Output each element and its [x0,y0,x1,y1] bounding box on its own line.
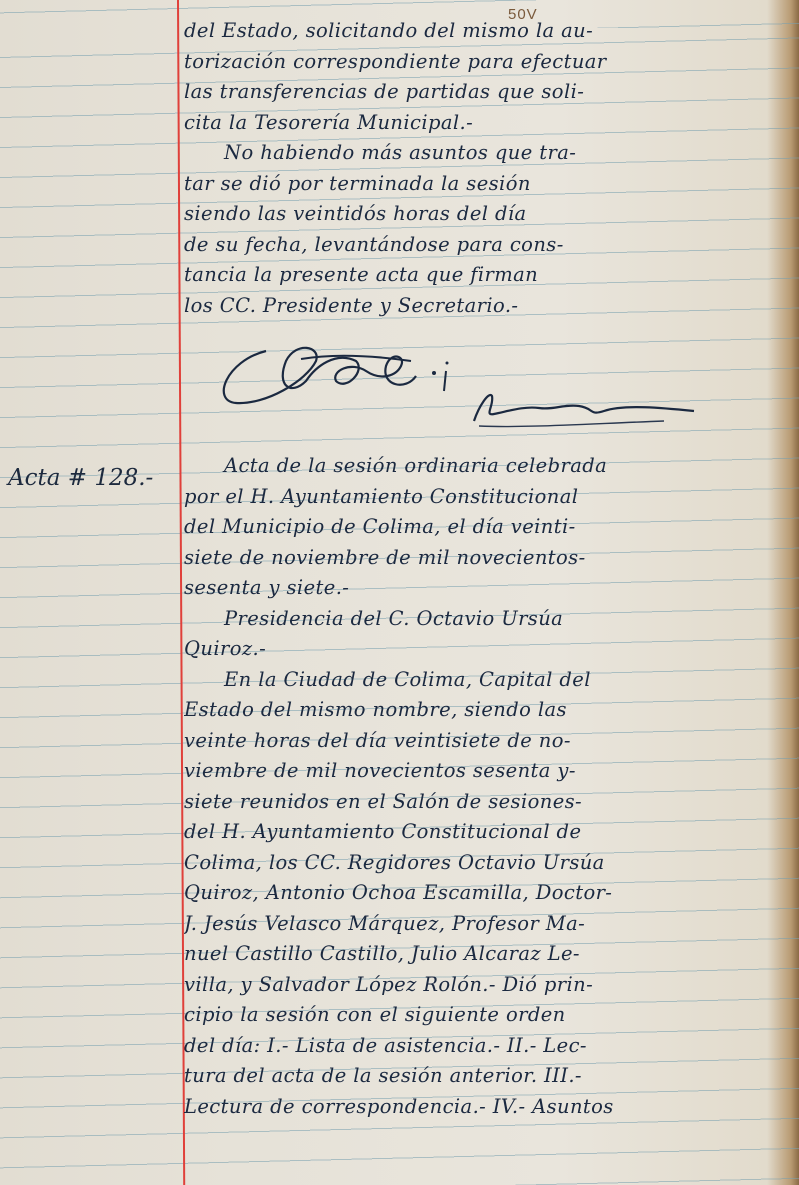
text-line: las transferencias de partidas que soli- [184,77,790,108]
text-line: torización correspondiente para efectuar [184,47,790,78]
text-line: del H. Ayuntamiento Constitucional de [184,817,790,848]
text-line: Presidencia del C. Octavio Ursúa [184,604,790,635]
acta-128-paragraph: Acta de la sesión ordinaria celebrada po… [184,451,790,1122]
text-line: No habiendo más asuntos que tra- [184,138,790,169]
text-line: sesenta y siete.- [184,573,790,604]
text-line: del día: I.- Lista de asistencia.- II.- … [184,1031,790,1062]
text-line: tancia la presente acta que firman [184,260,790,291]
text-line: por el H. Ayuntamiento Constitucional [184,482,790,513]
continuation-paragraph: del Estado, solicitando del mismo la au-… [184,16,790,321]
text-line: cita la Tesorería Municipal.- [184,108,790,139]
text-line: de su fecha, levantándose para cons- [184,230,790,261]
text-line: J. Jesús Velasco Márquez, Profesor Ma- [184,909,790,940]
text-line: del Estado, solicitando del mismo la au- [184,16,790,47]
text-line: veinte horas del día veintisiete de no- [184,726,790,757]
signatures [184,321,790,441]
text-line: Quiroz, Antonio Ochoa Escamilla, Doctor- [184,878,790,909]
acta-number-label: Acta # 128.- [8,465,153,491]
text-line: En la Ciudad de Colima, Capital del [184,665,790,696]
text-line: siete reunidos en el Salón de sesiones- [184,787,790,818]
text-line: Colima, los CC. Regidores Octavio Ursúa [184,848,790,879]
text-line: del Municipio de Colima, el día veinti- [184,512,790,543]
text-line: tura del acta de la sesión anterior. III… [184,1061,790,1092]
text-line: cipio la sesión con el siguiente orden [184,1000,790,1031]
text-line: Lectura de correspondencia.- IV.- Asunto… [184,1092,790,1123]
text-line: Estado del mismo nombre, siendo las [184,695,790,726]
handwritten-body: del Estado, solicitando del mismo la au-… [184,16,790,1122]
text-line: siendo las veintidós horas del día [184,199,790,230]
text-line: Quiroz.- [184,634,790,665]
signature-secretario-icon [464,376,704,436]
text-line: los CC. Presidente y Secretario.- [184,291,790,322]
text-line: Acta de la sesión ordinaria celebrada [184,451,790,482]
signature-presidente-icon [206,331,466,411]
text-line: tar se dió por terminada la sesión [184,169,790,200]
text-line: nuel Castillo Castillo, Julio Alcaraz Le… [184,939,790,970]
ledger-page: 50V Acta # 128.- del Estado, solicitando… [0,0,799,1185]
text-line: viembre de mil novecientos sesenta y- [184,756,790,787]
text-line: villa, y Salvador López Rolón.- Dió prin… [184,970,790,1001]
text-line: siete de noviembre de mil novecientos- [184,543,790,574]
